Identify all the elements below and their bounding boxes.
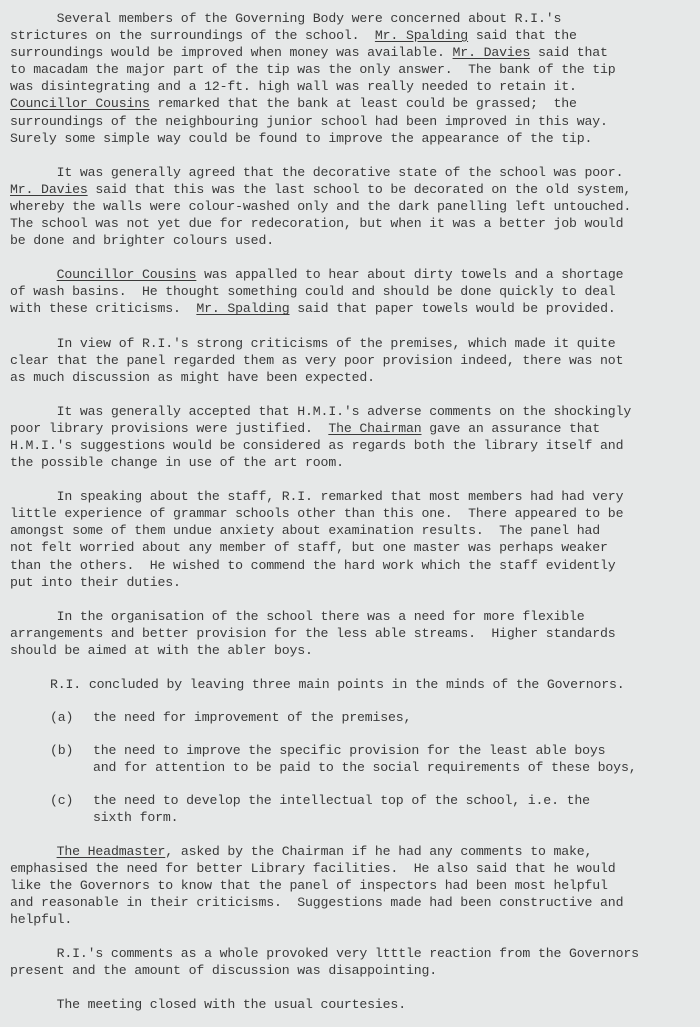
text-line: strictures on the surroundings of the sc…: [10, 27, 700, 44]
text-segment: present and the amount of discussion was…: [10, 963, 437, 978]
text-line: The meeting closed with the usual courte…: [10, 996, 700, 1013]
item-label: (b): [50, 742, 93, 776]
text-segment: In the organisation of the school there …: [10, 609, 585, 624]
text-segment: R.I.'s comments as a whole provoked very…: [10, 946, 639, 961]
paragraph-premises: In view of R.I.'s strong criticisms of t…: [10, 335, 700, 386]
conclusion-intro: R.I. concluded by leaving three main poi…: [50, 676, 700, 693]
text-segment: said that this was the last school to be…: [88, 182, 631, 197]
text-line: helpful.: [10, 911, 700, 928]
text-segment: amongst some of them undue anxiety about…: [10, 523, 600, 538]
speaker-name: The Headmaster: [57, 844, 166, 859]
text-segment: In speaking about the staff, R.I. remark…: [10, 489, 623, 504]
text-line: to macadam the major part of the tip was…: [10, 61, 700, 78]
item-text: the need to improve the specific provisi…: [93, 742, 636, 776]
text-line: arrangements and better provision for th…: [10, 625, 700, 642]
paragraph-decoration: It was generally agreed that the decorat…: [10, 164, 700, 249]
text-line: as much discussion as might have been ex…: [10, 369, 700, 386]
text-line: H.M.I.'s suggestions would be considered…: [10, 437, 700, 454]
closing-paragraphs: The Headmaster, asked by the Chairman if…: [10, 843, 700, 1014]
text-line: R.I.'s comments as a whole provoked very…: [10, 945, 700, 962]
paragraph-reaction: R.I.'s comments as a whole provoked very…: [10, 945, 700, 979]
text-segment: It was generally accepted that H.M.I.'s …: [10, 404, 631, 419]
text-segment: It was generally agreed that the decorat…: [10, 165, 623, 180]
text-segment: emphasised the need for better Library f…: [10, 861, 616, 876]
text-segment: The school was not yet due for redecorat…: [10, 216, 623, 231]
paragraph-towels: Councillor Cousins was appalled to hear …: [10, 266, 700, 317]
text-segment: remarked that the bank at least could be…: [150, 96, 577, 111]
text-segment: than the others. He wished to commend th…: [10, 558, 616, 573]
speaker-name: Mr. Spalding: [375, 28, 468, 43]
paragraph-closing: The meeting closed with the usual courte…: [10, 996, 700, 1013]
text-segment: helpful.: [10, 912, 72, 927]
text-line: the possible change in use of the art ro…: [10, 454, 700, 471]
text-segment: and reasonable in their criticisms. Sugg…: [10, 895, 623, 910]
text-line: surroundings would be improved when mone…: [10, 44, 700, 61]
text-line: Councillor Cousins remarked that the ban…: [10, 95, 700, 112]
text-segment: as much discussion as might have been ex…: [10, 370, 375, 385]
text-segment: , asked by the Chairman if he had any co…: [165, 844, 592, 859]
text-segment: gave an assurance that: [422, 421, 601, 436]
text-line: surroundings of the neighbouring junior …: [10, 113, 700, 130]
text-line: was disintegrating and a 12-ft. high wal…: [10, 78, 700, 95]
speaker-name: Councillor Cousins: [57, 267, 197, 282]
text-line: Councillor Cousins was appalled to hear …: [10, 266, 700, 283]
speaker-name: Councillor Cousins: [10, 96, 150, 111]
text-segment: H.M.I.'s suggestions would be considered…: [10, 438, 623, 453]
text-segment: Surely some simple way could be found to…: [10, 131, 592, 146]
text-line: The Headmaster, asked by the Chairman if…: [10, 843, 700, 860]
text-segment: [10, 267, 57, 282]
text-segment: the possible change in use of the art ro…: [10, 455, 344, 470]
text-segment: said that: [530, 45, 608, 60]
text-line: than the others. He wished to commend th…: [10, 557, 700, 574]
text-segment: clear that the panel regarded them as ve…: [10, 353, 623, 368]
text-line: Surely some simple way could be found to…: [10, 130, 700, 147]
text-line: In the organisation of the school there …: [10, 608, 700, 625]
text-line: It was generally accepted that H.M.I.'s …: [10, 403, 700, 420]
speaker-name: Mr. Davies: [10, 182, 88, 197]
text-segment: of wash basins. He thought something cou…: [10, 284, 616, 299]
text-segment: Several members of the Governing Body we…: [10, 11, 561, 26]
text-line: with these criticisms. Mr. Spalding said…: [10, 300, 700, 317]
points-list: (a)the need for improvement of the premi…: [10, 709, 700, 826]
text-segment: whereby the walls were colour-washed onl…: [10, 199, 631, 214]
text-segment: should be aimed at with the abler boys.: [10, 643, 313, 658]
text-line: In view of R.I.'s strong criticisms of t…: [10, 335, 700, 352]
text-line: poor library provisions were justified. …: [10, 420, 700, 437]
text-segment: said that the: [468, 28, 577, 43]
text-line: emphasised the need for better Library f…: [10, 860, 700, 877]
text-line: The school was not yet due for redecorat…: [10, 215, 700, 232]
text-segment: like the Governors to know that the pane…: [10, 878, 608, 893]
text-line: like the Governors to know that the pane…: [10, 877, 700, 894]
text-segment: In view of R.I.'s strong criticisms of t…: [10, 336, 616, 351]
text-line: It was generally agreed that the decorat…: [10, 164, 700, 181]
text-segment: [10, 844, 57, 859]
text-segment: be done and brighter colours used.: [10, 233, 274, 248]
text-segment: arrangements and better provision for th…: [10, 626, 616, 641]
text-line: Several members of the Governing Body we…: [10, 10, 700, 27]
speaker-name: Mr. Spalding: [196, 301, 289, 316]
text-line: clear that the panel regarded them as ve…: [10, 352, 700, 369]
text-line: In speaking about the staff, R.I. remark…: [10, 488, 700, 505]
item-label: (c): [50, 792, 93, 826]
paragraph-headmaster: The Headmaster, asked by the Chairman if…: [10, 843, 700, 928]
list-item: (c)the need to develop the intellectual …: [50, 792, 700, 826]
text-line: and reasonable in their criticisms. Sugg…: [10, 894, 700, 911]
speaker-name: Mr. Davies: [453, 45, 531, 60]
paragraph-library: It was generally accepted that H.M.I.'s …: [10, 403, 700, 471]
text-line: be done and brighter colours used.: [10, 232, 700, 249]
paragraph-organisation: In the organisation of the school there …: [10, 608, 700, 659]
text-segment: was disintegrating and a 12-ft. high wal…: [10, 79, 577, 94]
list-item: (b)the need to improve the specific prov…: [50, 742, 700, 776]
list-item: (a)the need for improvement of the premi…: [50, 709, 700, 726]
item-text: the need for improvement of the premises…: [93, 709, 411, 726]
text-segment: strictures on the surroundings of the sc…: [10, 28, 375, 43]
text-line: should be aimed at with the abler boys.: [10, 642, 700, 659]
text-segment: not felt worried about any member of sta…: [10, 540, 608, 555]
paragraph-tip-surroundings: Several members of the Governing Body we…: [10, 10, 700, 147]
text-line: present and the amount of discussion was…: [10, 962, 700, 979]
text-line: not felt worried about any member of sta…: [10, 539, 700, 556]
item-text: the need to develop the intellectual top…: [93, 792, 590, 826]
paragraph-staff: In speaking about the staff, R.I. remark…: [10, 488, 700, 591]
text-segment: put into their duties.: [10, 575, 181, 590]
text-segment: little experience of grammar schools oth…: [10, 506, 623, 521]
text-line: of wash basins. He thought something cou…: [10, 283, 700, 300]
text-line: whereby the walls were colour-washed onl…: [10, 198, 700, 215]
text-segment: said that paper towels would be provided…: [290, 301, 616, 316]
text-line: put into their duties.: [10, 574, 700, 591]
text-line: little experience of grammar schools oth…: [10, 505, 700, 522]
text-segment: with these criticisms.: [10, 301, 196, 316]
text-segment: The meeting closed with the usual courte…: [10, 997, 406, 1012]
text-segment: was appalled to hear about dirty towels …: [196, 267, 623, 282]
text-line: amongst some of them undue anxiety about…: [10, 522, 700, 539]
document-page: Several members of the Governing Body we…: [0, 0, 700, 1027]
text-line: Mr. Davies said that this was the last s…: [10, 181, 700, 198]
text-segment: surroundings would be improved when mone…: [10, 45, 453, 60]
text-segment: to macadam the major part of the tip was…: [10, 62, 616, 77]
text-segment: surroundings of the neighbouring junior …: [10, 114, 608, 129]
speaker-name: The Chairman: [328, 421, 421, 436]
item-label: (a): [50, 709, 93, 726]
body-paragraphs: Several members of the Governing Body we…: [10, 10, 700, 659]
text-segment: poor library provisions were justified.: [10, 421, 328, 436]
